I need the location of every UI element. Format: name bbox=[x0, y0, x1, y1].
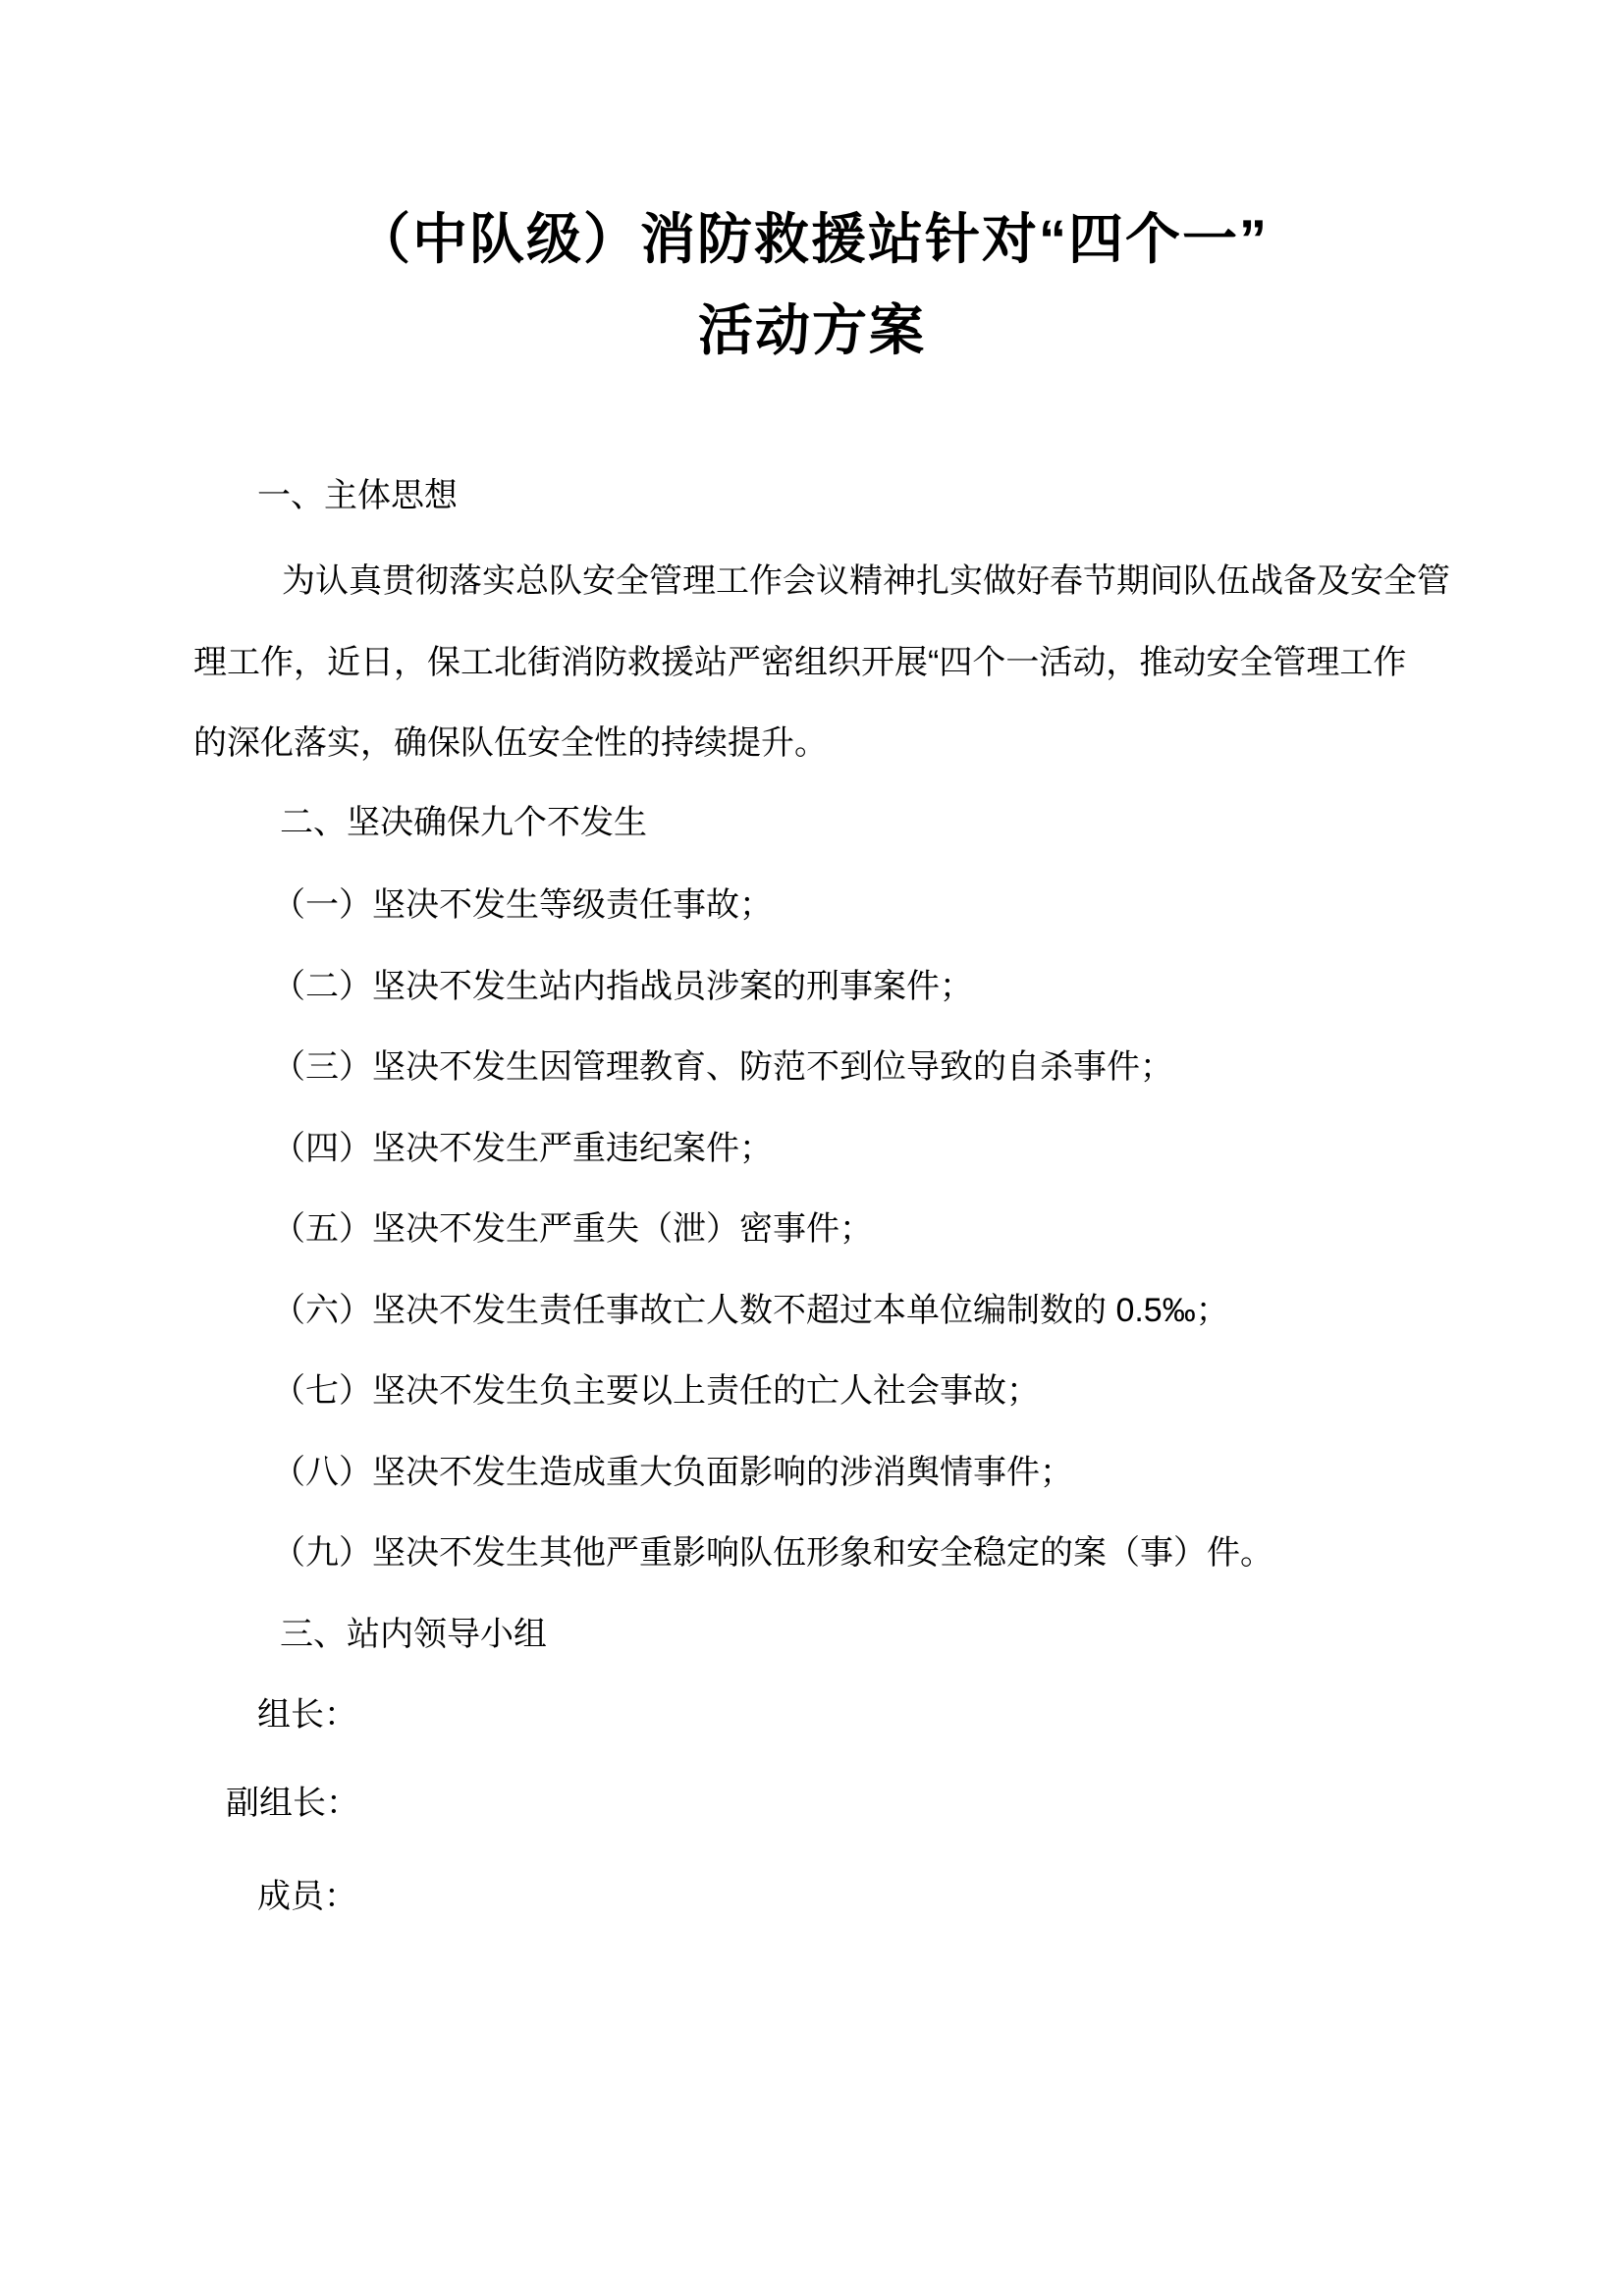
list-item: （五）坚决不发生严重失（泄）密事件； bbox=[272, 1206, 873, 1252]
document-body: 一、主体思想 为认真贯彻落实总队安全管理工作会议精神扎实做好春节期间队伍战备及安… bbox=[193, 0, 1431, 2296]
list-item: （四）坚决不发生严重违纪案件； bbox=[272, 1126, 773, 1171]
paragraph-line: 的深化落实，确保队伍安全性的持续提升。 bbox=[193, 721, 828, 766]
list-item: （三）坚决不发生因管理教育、防范不到位导致的自杀事件； bbox=[272, 1044, 1173, 1090]
section-one-heading: 一、主体思想 bbox=[257, 473, 458, 518]
list-item: （一）坚决不发生等级责任事故； bbox=[272, 882, 773, 928]
document-page: （中队级）消防救援站针对“四个一” 活动方案 一、主体思想 为认真贯彻落实总队安… bbox=[0, 0, 1624, 2296]
list-item: （七）坚决不发生负主要以上责任的亡人社会事故； bbox=[272, 1368, 1040, 1414]
list-item: （九）坚决不发生其他严重影响队伍形象和安全稳定的案（事）件。 bbox=[272, 1530, 1273, 1575]
section-three-heading: 三、站内领导小组 bbox=[280, 1612, 547, 1657]
list-item: （二）坚决不发生站内指战员涉案的刑事案件； bbox=[272, 964, 973, 1009]
role-label-members: 成员： bbox=[257, 1874, 357, 1919]
list-item: （八）坚决不发生造成重大负面影响的涉消舆情事件； bbox=[272, 1450, 1073, 1495]
paragraph-line: 为认真贯彻落实总队安全管理工作会议精神扎实做好春节期间队伍战备及安全管 bbox=[282, 559, 1450, 604]
role-label-leader: 组长： bbox=[257, 1692, 357, 1737]
list-item: （六）坚决不发生责任事故亡人数不超过本单位编制数的 0.5‰； bbox=[272, 1288, 1229, 1333]
paragraph-line: 理工作，近日，保工北街消防救援站严密组织开展“四个一活动，推动安全管理工作 bbox=[193, 640, 1406, 685]
section-two-heading: 二、坚决确保九个不发生 bbox=[280, 800, 647, 845]
role-label-deputy-leader: 副组长： bbox=[226, 1781, 359, 1826]
